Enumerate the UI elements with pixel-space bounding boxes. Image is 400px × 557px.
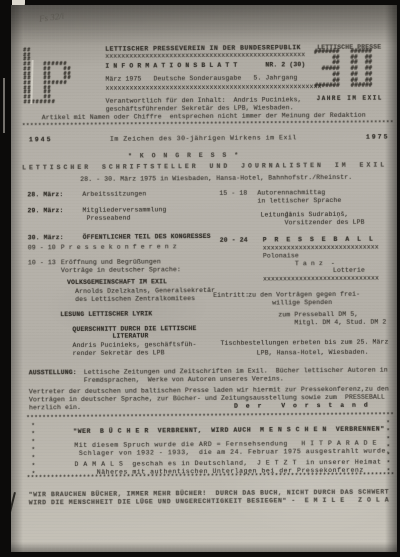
notice-box-title: "WER B Ü C H E R VERBRENNT, WIRD AUCH M …	[73, 426, 385, 436]
banner-year-left: 1945	[29, 136, 53, 144]
eintritt-prices: zum Presseball DM 5, Mitgl. DM 4, Stud. …	[278, 311, 386, 328]
zola-quote: "WIR BRAUCHEN BÜCHER, IMMER MEHR BÜCHER!…	[29, 489, 390, 508]
congress-title: * K O N G R E S S *	[128, 152, 240, 161]
notice-box-body-1: Mit diesem Spruch wurde die ARD = Fernse…	[74, 440, 390, 458]
paper: Fs 32/i ## ## ## ## ###### ## ## ## ## #…	[11, 5, 397, 552]
talk-3-title: QUERSCHNITT DURCH DIE LETTISCHE LITERATU…	[72, 325, 196, 340]
notice-box-border-left: * * * * * * *	[31, 422, 35, 478]
banner-motto: Im Zeichen des 30-jährigen Wirkens im Ex…	[110, 134, 297, 143]
scanned-page: Fs 32/i ## ## ## ## ###### ## ## ## ## #…	[0, 0, 400, 557]
program-1-lines: P r e s s e k o n f e r e n z	[61, 243, 177, 252]
ball-item-polonaise: Polonaise	[263, 252, 299, 260]
invitation-signature: D e r V o r s t a n d	[234, 402, 370, 411]
ausstellung-text: Lettische Zeitungen und Zeitschriften im…	[84, 367, 388, 385]
masthead-title-line: I N F O R M A T I O N S B L A T T NR. 2 …	[105, 61, 305, 71]
program-1-time: 09 - 10	[28, 244, 56, 252]
anniversary-caption: JAHRE IM EXIL	[317, 95, 383, 104]
star-divider: ****************************************…	[22, 120, 394, 131]
day-3-activity: ÖFFENTLICHER TEIL DES KONGRESSES	[83, 233, 211, 242]
day-2-activity: Mitgliederversammlung Presseabend	[82, 206, 166, 223]
table-reservation: Tischbestellungen erbeten bis zum 25. Mä…	[220, 338, 388, 359]
day-3-date: 30. März:	[28, 234, 64, 242]
afternoon-lines: Autorennachmittag in lettischer Sprache	[257, 189, 341, 206]
handwritten-note: Fs 32/i	[38, 11, 64, 24]
day-2-date: 29. März:	[27, 207, 63, 215]
day-1-activity: Arbeitssitzungen	[82, 190, 146, 199]
day-1-date: 28. März:	[27, 191, 63, 199]
ausstellung-label: AUSSTELLUNG:	[29, 369, 77, 377]
notice-box-border-bottom: ****************************************…	[27, 472, 395, 483]
edge-highlight	[3, 78, 5, 133]
masthead-rule-2: xxxxxxxxxxxxxxxxxxxxxxxxxxxxxxxxxxxxxxxx…	[105, 83, 321, 93]
leitung-lines: Jānis Sudrabiņš, Vorsitzender des LPB	[284, 211, 364, 228]
banner-year-right: 1975	[366, 134, 390, 142]
masthead-rule-1: xxxxxxxxxxxxxxxxxxxxxxxxxxxxxxxxxxxxxxxx…	[105, 51, 317, 61]
talk-2-title: LESUNG LETTISCHER LYRIK	[60, 310, 152, 319]
program-2-time: 10 - 13	[28, 259, 56, 267]
congress-subtitle: LETTISCHER SCHRIFTSTELLER UND JOURNALIST…	[22, 162, 387, 173]
masthead-responsible: Verantwortlich für den Inhalt: Andris Pu…	[106, 96, 302, 114]
thirty-logo: ####### ###### ## ## ## ## ## ## ##### #…	[314, 49, 372, 89]
talk-1-speaker: Arnolds Dzelzkalns, Generalsekretär des …	[75, 287, 215, 304]
notice-box-border-top: ****************************************…	[26, 412, 394, 423]
page-content: Fs 32/i ## ## ## ## ###### ## ## ## ## #…	[11, 5, 397, 552]
congress-venue: 28. - 30. März 1975 in Wiesbaden, Hansa-…	[80, 174, 352, 184]
ball-time: 20 - 24	[220, 237, 248, 245]
ball-rule: xxxxxxxxxxxxxxxxxxxxxxxxxxxxx	[263, 244, 379, 253]
afternoon-time: 15 - 18	[219, 190, 247, 198]
masthead-issue-line: März 1975 Deutsche Sonderausgabe 5. Jahr…	[105, 74, 297, 84]
ball-rule-2: xxxxxxxxxxxxxxxxxxxxxxxxxxxxx	[263, 275, 379, 284]
ball-item-lotterie: Lotterie	[333, 267, 365, 275]
program-2-lines: Eröffnung und Begrüßungen Vorträge in de…	[61, 258, 181, 275]
eintritt-lines: zu den Vorträgen gegen frei- willige Spe…	[248, 291, 360, 308]
talk-1-title: VOLKSGEMEINSCHAFT IM EXIL	[67, 278, 167, 287]
ball-item-tanz: T a n z -	[295, 260, 335, 268]
talk-3-speaker: Andris Pucinieks, geschäftsfüh- render S…	[72, 341, 196, 358]
eintritt-label: Eintritt:	[213, 292, 249, 300]
